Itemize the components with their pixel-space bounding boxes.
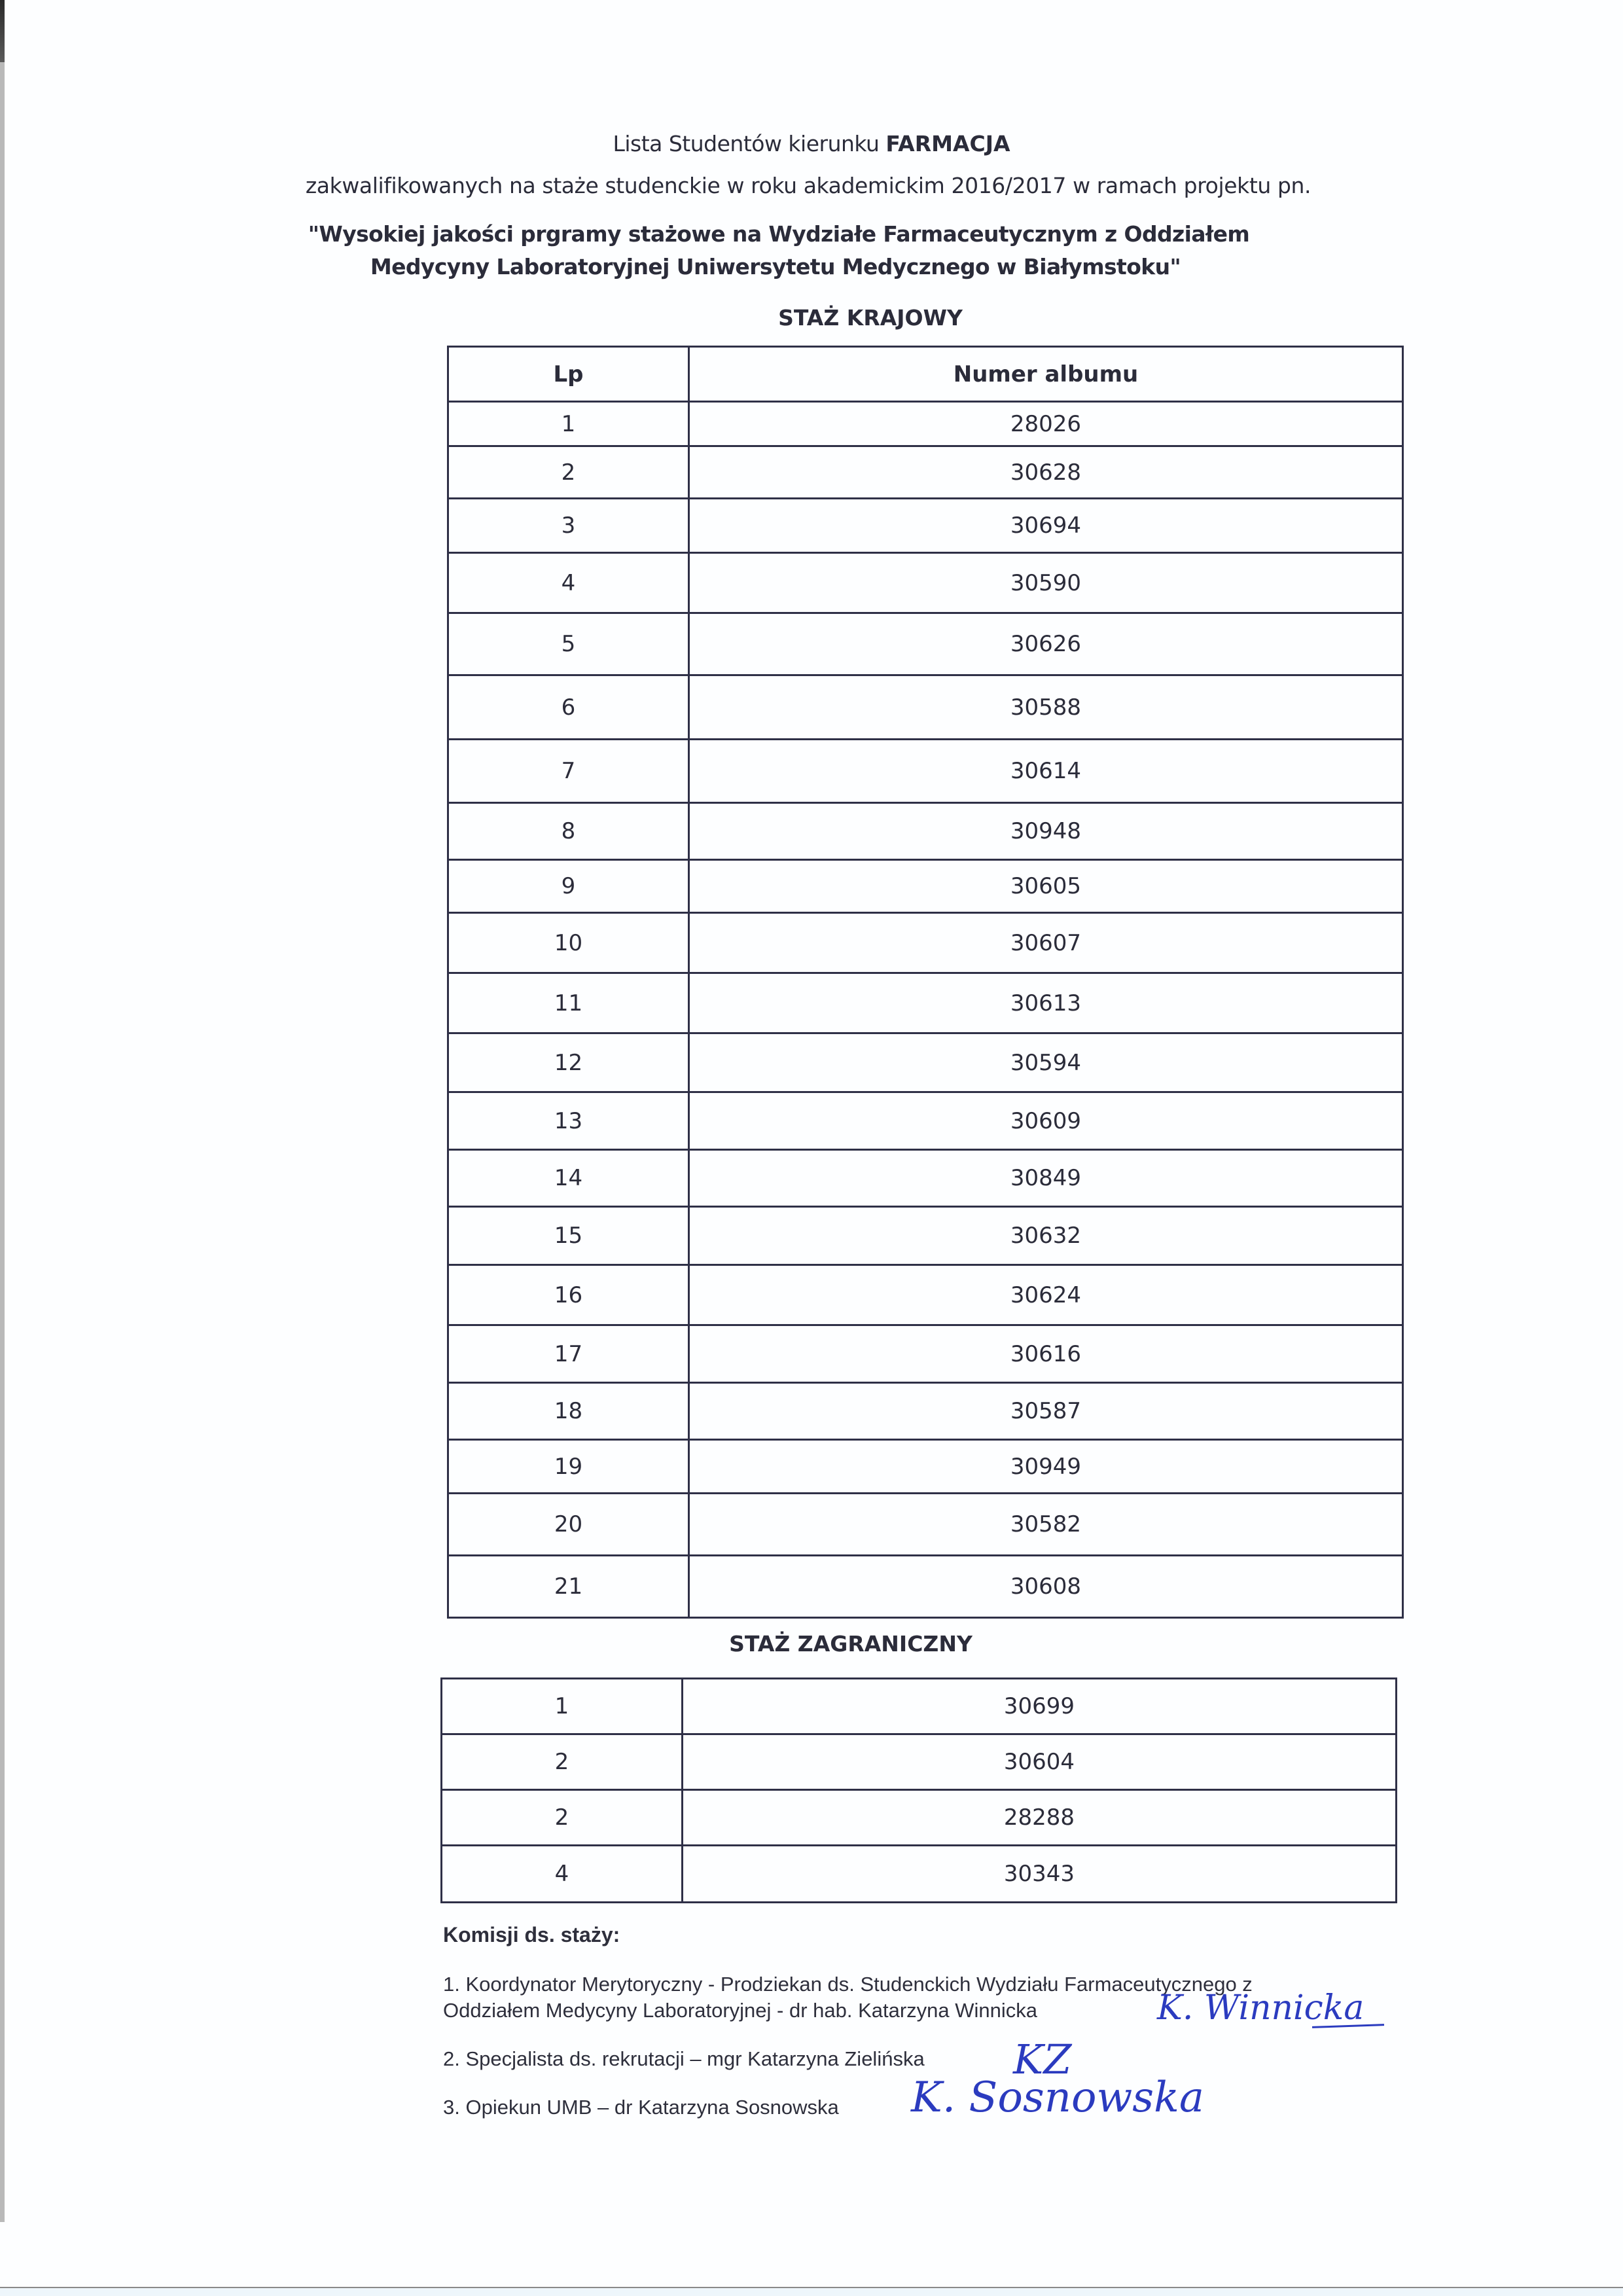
- field-of-study: FARMACJA: [885, 131, 1010, 156]
- foreign-internship-table: 130699230604228288430343: [440, 1677, 1397, 1903]
- cell-lp: 2: [448, 446, 689, 499]
- column-header-lp: Lp: [448, 347, 689, 402]
- table-row: 1330609: [448, 1092, 1403, 1150]
- cell-album-number: 28288: [683, 1790, 1397, 1846]
- cell-album-number: 28026: [689, 402, 1403, 446]
- cell-album-number: 30343: [683, 1846, 1397, 1903]
- table-row: 830948: [448, 803, 1403, 860]
- cell-album-number: 30614: [689, 740, 1403, 803]
- cell-album-number: 30588: [689, 675, 1403, 740]
- cell-lp: 19: [448, 1440, 689, 1494]
- scan-edge: [0, 62, 5, 2222]
- cell-lp: 16: [448, 1265, 689, 1325]
- cell-lp: 4: [448, 553, 689, 613]
- cell-album-number: 30609: [689, 1092, 1403, 1150]
- table-row: 930605: [448, 860, 1403, 913]
- column-header-album: Numer albumu: [689, 347, 1403, 402]
- table-row: 1230594: [448, 1033, 1403, 1092]
- cell-lp: 21: [448, 1556, 689, 1618]
- table-row: 730614: [448, 740, 1403, 803]
- cell-lp: 15: [448, 1207, 689, 1265]
- cell-album-number: 30582: [689, 1494, 1403, 1556]
- cell-lp: 5: [448, 613, 689, 675]
- cell-album-number: 30849: [689, 1150, 1403, 1207]
- cell-album-number: 30626: [689, 613, 1403, 675]
- table-row: 2030582: [448, 1494, 1403, 1556]
- cell-album-number: 30608: [689, 1556, 1403, 1618]
- cell-album-number: 30613: [689, 973, 1403, 1033]
- cell-album-number: 30587: [689, 1383, 1403, 1440]
- project-name-line1: "Wysokiej jakości prgramy stażowe na Wyd…: [177, 221, 1381, 247]
- domestic-internship-table: Lp Numer albumu 128026230628330694430590…: [447, 346, 1404, 1619]
- cell-album-number: 30604: [683, 1734, 1397, 1790]
- cell-album-number: 30590: [689, 553, 1403, 613]
- table-row: 530626: [448, 613, 1403, 675]
- table-row: 128026: [448, 402, 1403, 446]
- signature-winnicka: K. Winnicka: [1157, 1988, 1364, 2028]
- cell-album-number: 30594: [689, 1033, 1403, 1092]
- cell-lp: 2: [442, 1734, 683, 1790]
- table-row: 130699: [442, 1679, 1397, 1734]
- cell-album-number: 30699: [683, 1679, 1397, 1734]
- cell-lp: 4: [442, 1846, 683, 1903]
- cell-album-number: 30949: [689, 1440, 1403, 1494]
- table-row: 230628: [448, 446, 1403, 499]
- committee-member-1-line2: Oddziałem Medycyny Laboratoryjnej - dr h…: [443, 1998, 1253, 2024]
- committee-member-1-line1: 1. Koordynator Merytoryczny - Prodziekan…: [443, 1971, 1253, 1998]
- cell-lp: 9: [448, 860, 689, 913]
- cell-album-number: 30624: [689, 1265, 1403, 1325]
- cell-album-number: 30616: [689, 1325, 1403, 1383]
- table-row: 1430849: [448, 1150, 1403, 1207]
- table-row: 430590: [448, 553, 1403, 613]
- cell-lp: 10: [448, 913, 689, 973]
- table-row: 2130608: [448, 1556, 1403, 1618]
- cell-lp: 8: [448, 803, 689, 860]
- cell-lp: 1: [448, 402, 689, 446]
- project-name-line2: Medycyny Laboratoryjnej Uniwersytetu Med…: [173, 254, 1378, 280]
- document-subtitle: zakwalifikowanych na staże studenckie w …: [0, 173, 1620, 199]
- cell-lp: 2: [442, 1790, 683, 1846]
- table-row: 1730616: [448, 1325, 1403, 1383]
- table-row: 1630624: [448, 1265, 1403, 1325]
- table-header-row: Lp Numer albumu: [448, 347, 1403, 402]
- committee-member-2: 2. Specjalista ds. rekrutacji – mgr Kata…: [443, 2046, 925, 2072]
- table-row: 1930949: [448, 1440, 1403, 1494]
- cell-lp: 1: [442, 1679, 683, 1734]
- cell-lp: 20: [448, 1494, 689, 1556]
- cell-album-number: 30694: [689, 499, 1403, 553]
- cell-album-number: 30605: [689, 860, 1403, 913]
- table-row: 1530632: [448, 1207, 1403, 1265]
- committee-member-1: 1. Koordynator Merytoryczny - Prodziekan…: [443, 1971, 1253, 2024]
- cell-lp: 11: [448, 973, 689, 1033]
- cell-lp: 6: [448, 675, 689, 740]
- cell-album-number: 30632: [689, 1207, 1403, 1265]
- committee-member-3: 3. Opiekun UMB – dr Katarzyna Sosnowska: [443, 2094, 839, 2121]
- table-row: 1030607: [448, 913, 1403, 973]
- scan-edge: [0, 0, 5, 62]
- cell-album-number: 30948: [689, 803, 1403, 860]
- section-title-foreign: STAŻ ZAGRANICZNY: [0, 1631, 1623, 1657]
- cell-lp: 18: [448, 1383, 689, 1440]
- document-title: Lista Studentów kierunku FARMACJA: [0, 131, 1623, 157]
- cell-lp: 13: [448, 1092, 689, 1150]
- table-row: 1830587: [448, 1383, 1403, 1440]
- table-row: 230604: [442, 1734, 1397, 1790]
- section-title-domestic: STAŻ KRAJOWY: [0, 305, 1623, 331]
- signature-sosnowska: K. Sosnowska: [911, 2073, 1204, 2122]
- cell-album-number: 30607: [689, 913, 1403, 973]
- cell-lp: 12: [448, 1033, 689, 1092]
- committee-heading: Komisji ds. staży:: [443, 1923, 620, 1947]
- table-row: 1130613: [448, 973, 1403, 1033]
- cell-lp: 3: [448, 499, 689, 553]
- scan-edge: [0, 2287, 1623, 2296]
- cell-lp: 17: [448, 1325, 689, 1383]
- table-row: 228288: [442, 1790, 1397, 1846]
- cell-lp: 7: [448, 740, 689, 803]
- table-row: 430343: [442, 1846, 1397, 1903]
- table-row: 330694: [448, 499, 1403, 553]
- cell-album-number: 30628: [689, 446, 1403, 499]
- title-prefix: Lista Studentów kierunku: [613, 131, 885, 156]
- table-row: 630588: [448, 675, 1403, 740]
- cell-lp: 14: [448, 1150, 689, 1207]
